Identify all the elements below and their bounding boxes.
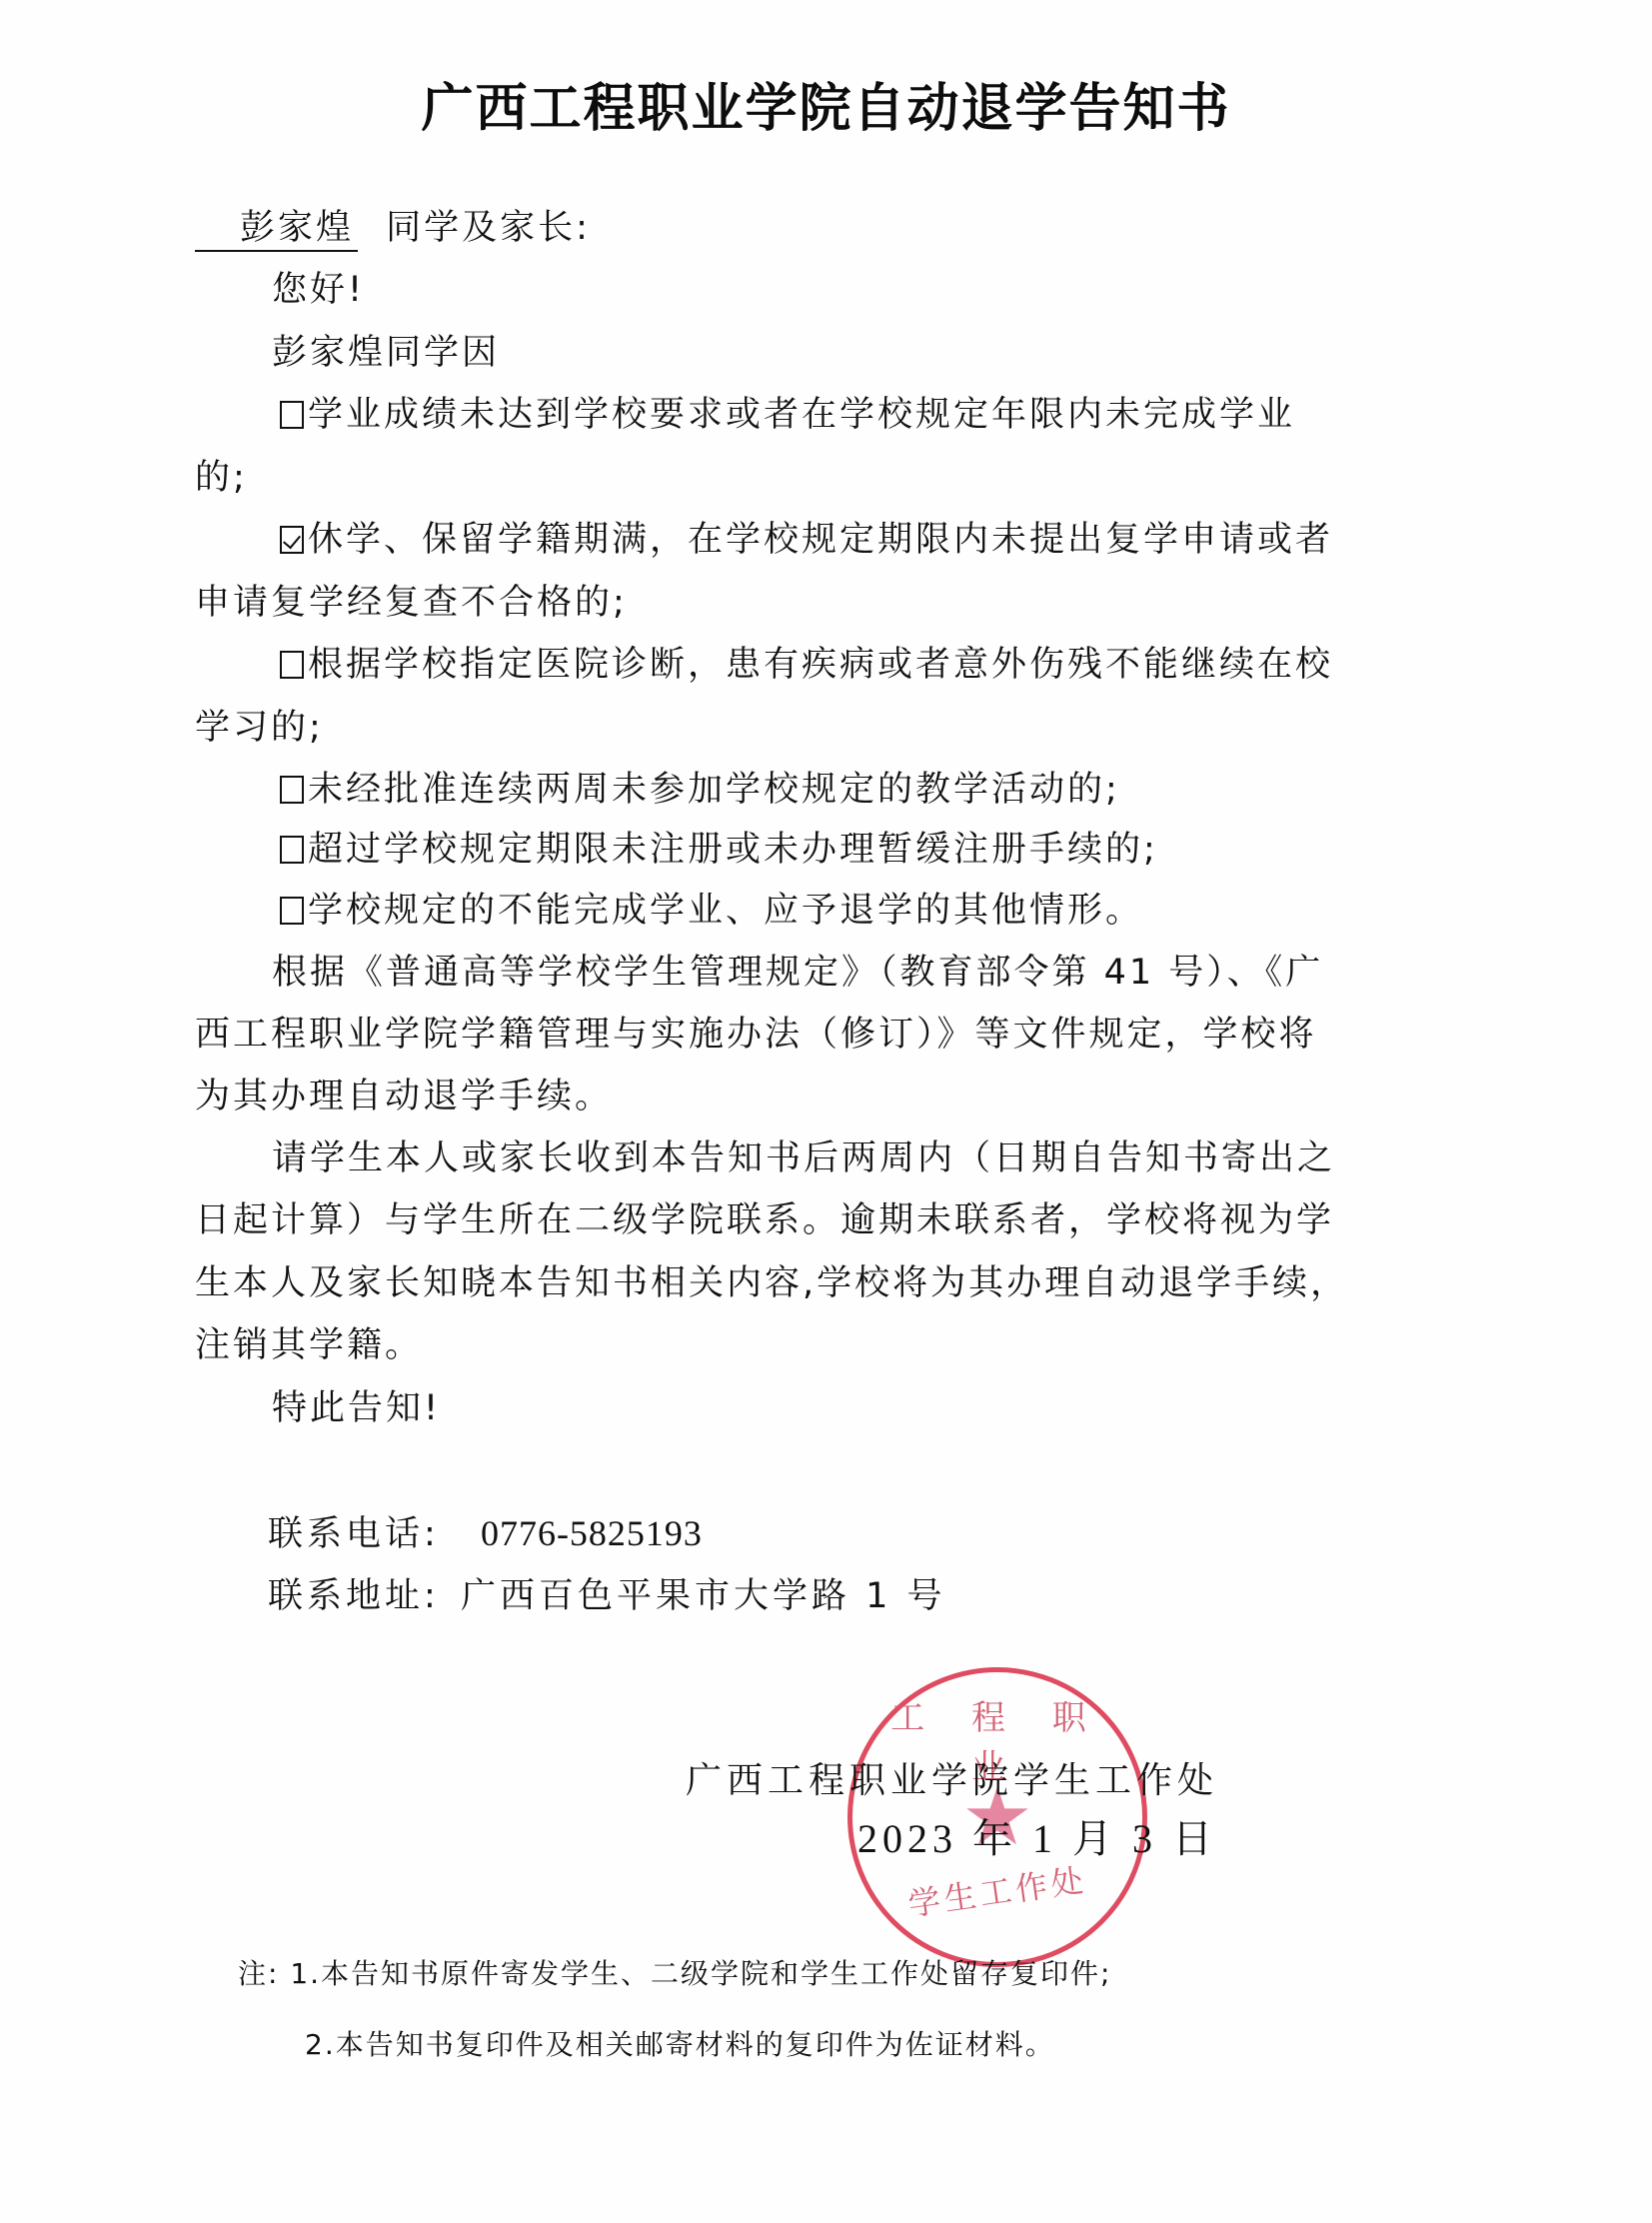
request-line-4: 注销其学籍。 (195, 1323, 423, 1367)
contact-phone: 联系电话: 0776-5825193 (268, 1511, 703, 1556)
reason-item-2-cont: 申请复学经复查不合格的; (195, 581, 628, 625)
address-label: 联系地址: (268, 1576, 440, 1616)
reason-item-3: 根据学校指定医院诊断，患有疾病或者意外伤残不能继续在校 (280, 643, 1333, 687)
reason-text: 超过学校规定期限未注册或未办理暂缓注册手续的; (308, 830, 1158, 870)
note-label: 注: (238, 1957, 279, 1990)
phone-value: 0776-5825193 (481, 1513, 703, 1553)
checkbox-unchecked-icon (280, 897, 304, 925)
notice-page: 广西工程职业学院自动退学告知书 彭家煌 同学及家长: 您好! 彭家煌同学因 学业… (0, 0, 1652, 2223)
reason-item-2: 休学、保留学籍期满，在学校规定期限内未提出复学申请或者 (280, 518, 1333, 562)
address-value: 广西百色平果市大学路 1 号 (461, 1576, 946, 1616)
basis-line-2: 西工程职业学院学籍管理与实施办法（修订）》等文件规定，学校将 (195, 1013, 1317, 1057)
checkbox-checked-icon (280, 526, 304, 554)
closing: 特此告知! (272, 1386, 441, 1430)
salutation: 彭家煌 同学及家长: (195, 206, 591, 252)
reason-item-1: 学业成绩未达到学校要求或者在学校规定年限内未完成学业 (280, 393, 1295, 437)
greeting: 您好! (272, 268, 365, 312)
issue-date: 2023 年 1 月 3 日 (857, 1817, 1217, 1861)
reason-intro: 彭家煌同学因 (272, 331, 500, 375)
reason-text: 未经批准连续两周未参加学校规定的教学活动的; (308, 770, 1120, 810)
phone-label: 联系电话: (268, 1514, 440, 1554)
reason-item-1-cont: 的; (195, 456, 248, 500)
contact-address: 联系地址: 广西百色平果市大学路 1 号 (268, 1574, 945, 1618)
basis-line-1: 根据《普通高等学校学生管理规定》（教育部令第 41 号）、《广 (272, 951, 1323, 995)
reason-text: 学业成绩未达到学校要求或者在学校规定年限内未完成学业 (308, 395, 1295, 435)
basis-line-3: 为其办理自动退学手续。 (195, 1075, 613, 1118)
request-line-2: 日起计算）与学生所在二级学院联系。逾期未联系者，学校将视为学 (195, 1198, 1334, 1242)
reason-item-4: 未经批准连续两周未参加学校规定的教学活动的; (280, 768, 1120, 812)
note-item-2: 2.本告知书复印件及相关邮寄材料的复印件为佐证材料。 (305, 2023, 1055, 2067)
note-text: 1.本告知书原件寄发学生、二级学院和学生工作处留存复印件; (290, 1957, 1111, 1990)
checkbox-unchecked-icon (280, 836, 304, 864)
note-item-1: 注: 1.本告知书原件寄发学生、二级学院和学生工作处留存复印件; (238, 1952, 1112, 1996)
salutation-suffix: 同学及家长: (386, 208, 591, 248)
student-name: 彭家煌 (195, 206, 358, 252)
checkbox-unchecked-icon (280, 776, 304, 804)
reason-text: 根据学校指定医院诊断，患有疾病或者意外伤残不能继续在校 (308, 645, 1333, 685)
reason-item-3-cont: 学习的; (195, 706, 324, 750)
checkbox-unchecked-icon (280, 651, 304, 679)
request-line-1: 请学生本人或家长收到本告知书后两周内（日期自告知书寄出之 (272, 1136, 1335, 1180)
reason-item-6: 学校规定的不能完成学业、应予退学的其他情形。 (280, 889, 1143, 933)
document-title: 广西工程职业学院自动退学告知书 (0, 66, 1652, 141)
checkbox-unchecked-icon (280, 401, 304, 429)
request-line-3: 生本人及家长知晓本告知书相关内容,学校将为其办理自动退学手续， (195, 1261, 1348, 1305)
issuer: 广西工程职业学院学生工作处 (686, 1759, 1218, 1803)
reason-text: 学校规定的不能完成学业、应予退学的其他情形。 (308, 891, 1143, 931)
reason-text: 休学、保留学籍期满，在学校规定期限内未提出复学申请或者 (308, 520, 1333, 560)
reason-item-5: 超过学校规定期限未注册或未办理暂缓注册手续的; (280, 828, 1158, 872)
